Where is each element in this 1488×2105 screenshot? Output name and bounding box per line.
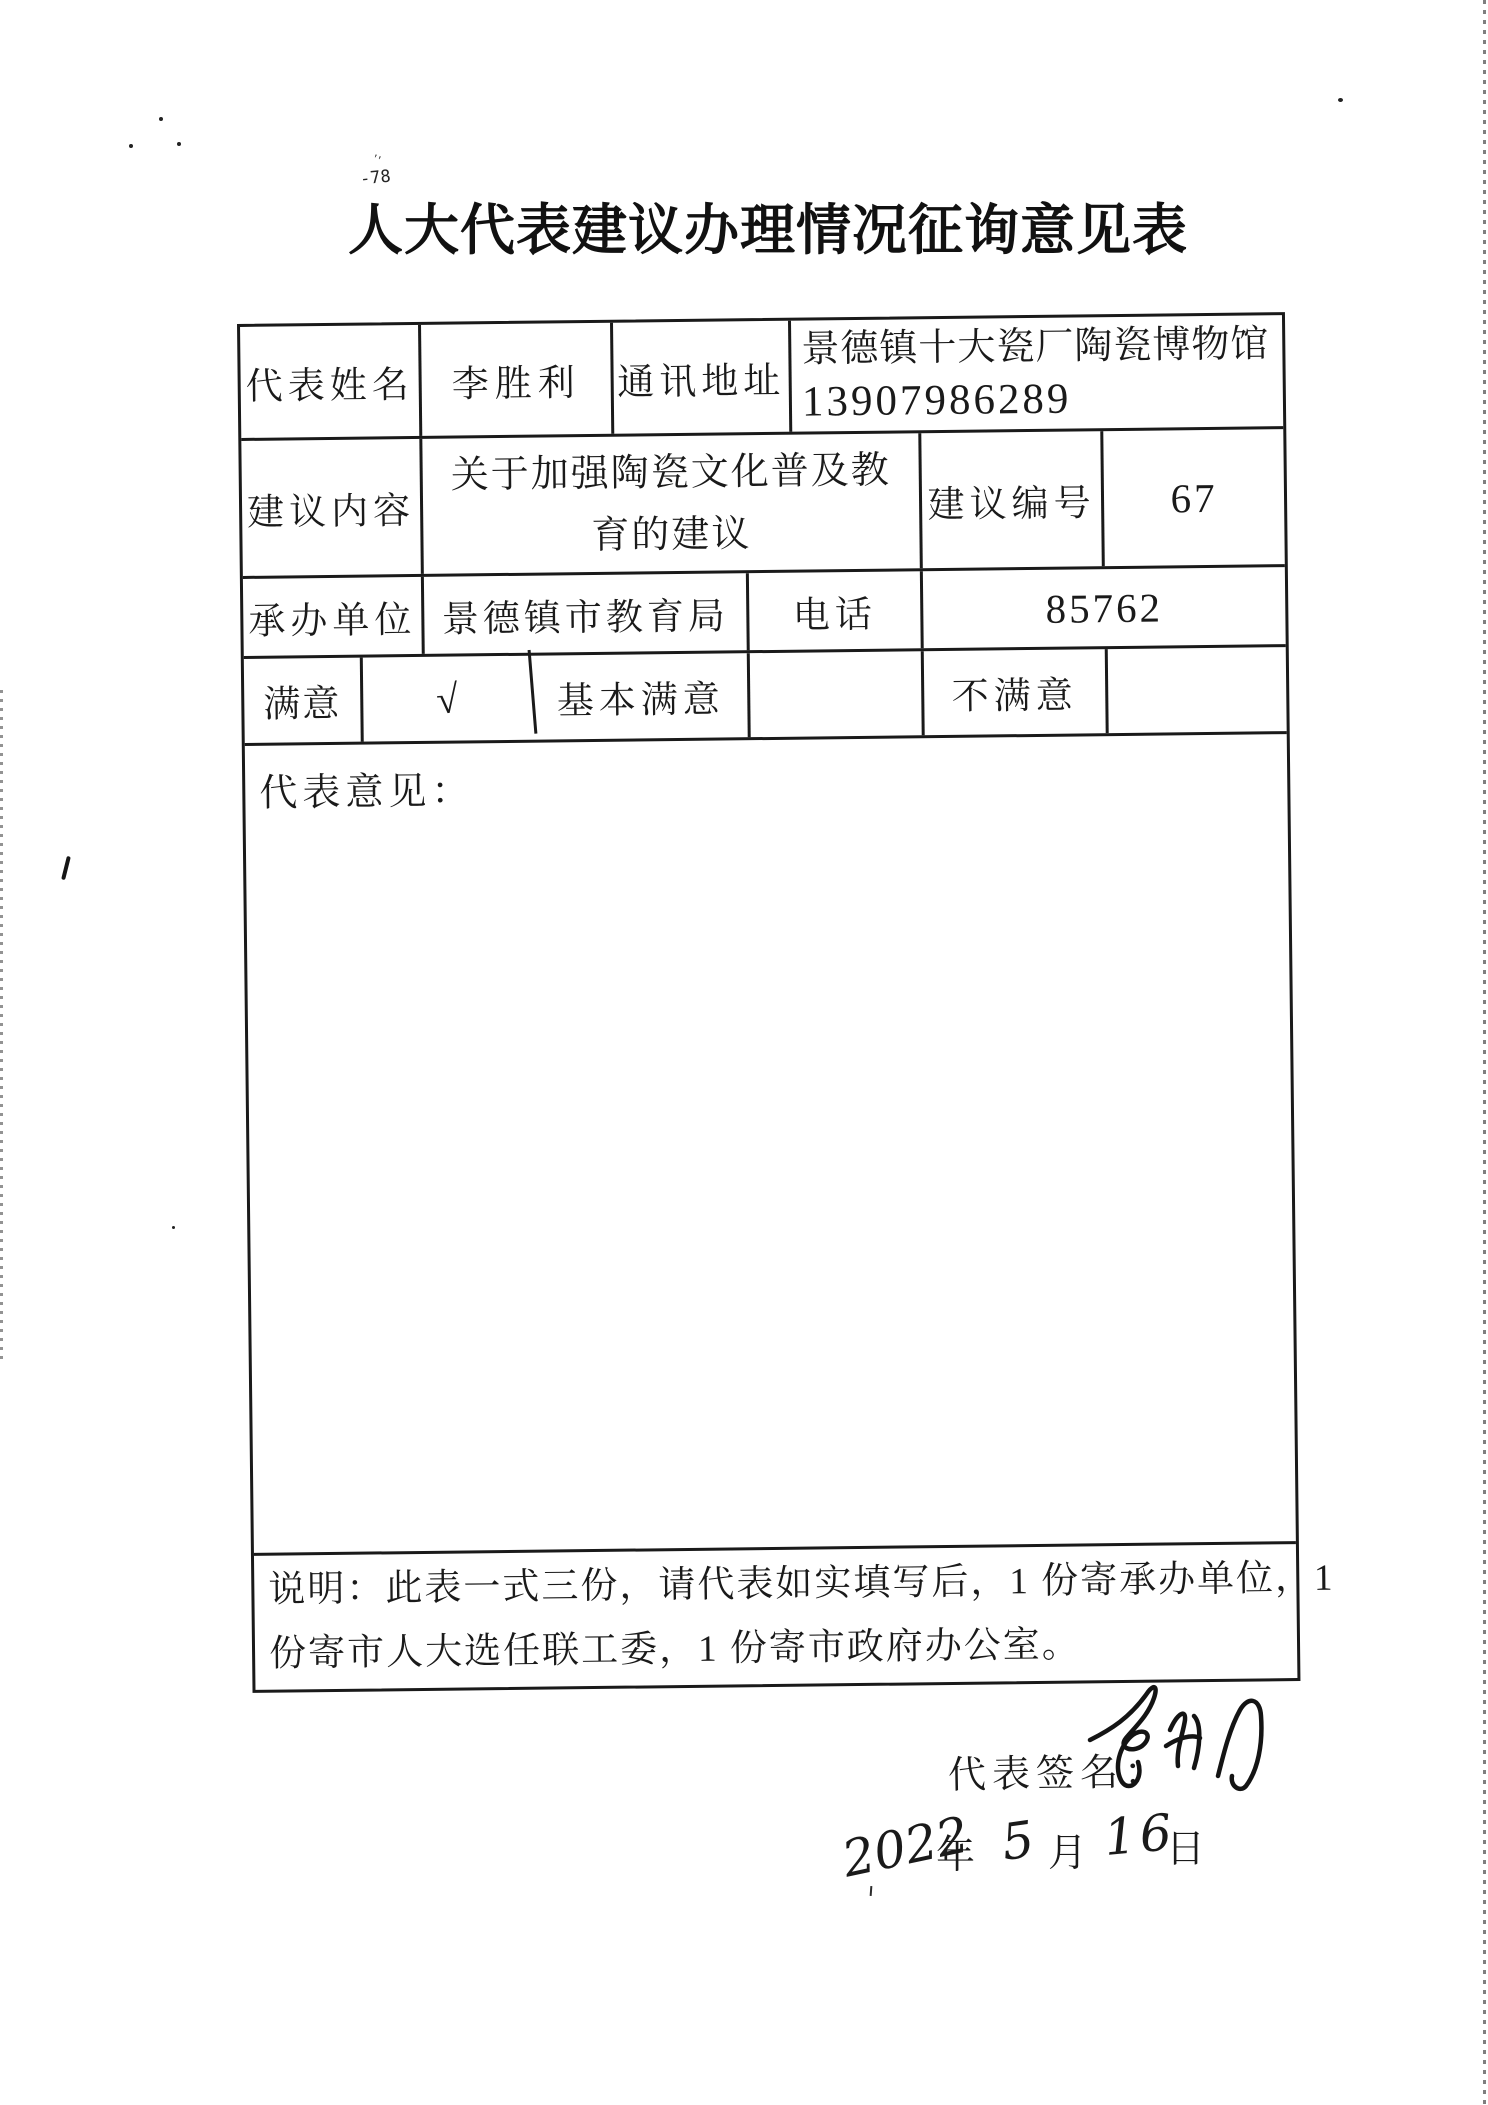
suggestion-content-label: 建议内容: [241, 439, 424, 576]
suggestion-title-line1: 关于加强陶瓷文化普及教: [450, 439, 891, 506]
handwritten-signature: [1082, 1658, 1297, 1823]
scan-edge-noise-left: [0, 690, 3, 1360]
suggestion-number-value: 67: [1103, 429, 1285, 566]
contact-address-value: 景德镇十大瓷厂陶瓷博物馆 13907986289: [791, 315, 1283, 432]
satisfied-checkmark: √: [360, 650, 537, 748]
row-satisfaction: 满意 √ 基本满意 不满意: [244, 647, 1287, 746]
suggestion-number-label: 建议编号: [921, 431, 1105, 568]
basically-satisfied-value: [750, 651, 925, 737]
phone-line: 13907986289: [802, 372, 1072, 429]
phone-value: 85762: [923, 567, 1286, 648]
scan-speck: [172, 1226, 175, 1229]
note-line2: 份寄市人大选任联工委，1 份寄市政府办公室。: [269, 1614, 1081, 1687]
date-year-unit: 年: [936, 1824, 975, 1880]
suggestion-content-value: 关于加强陶瓷文化普及教 育的建议: [422, 433, 922, 574]
basically-satisfied-label: 基本满意: [534, 653, 751, 739]
scan-stroke-mark: [61, 856, 71, 880]
scan-speck: [129, 144, 133, 148]
note-line1: 说明：此表一式三份，请代表如实填写后，1 份寄承办单位，1: [268, 1547, 1335, 1623]
address-line: 景德镇十大瓷厂陶瓷博物馆: [801, 318, 1270, 375]
row-representative: 代表姓名 李胜利 通讯地址 景德镇十大瓷厂陶瓷博物馆 13907986289: [240, 315, 1283, 441]
scan-speck: [1338, 98, 1343, 102]
handling-unit-value: 景德镇市教育局: [424, 573, 750, 654]
row-handling-unit: 承办单位 景德镇市教育局 电话 85762: [243, 567, 1286, 659]
form-title: 人大代表建议办理情况征询意见表: [348, 186, 1164, 265]
suggestion-title-line2: 育的建议: [591, 503, 752, 567]
representative-name-label: 代表姓名: [240, 325, 422, 438]
phone-label: 电话: [749, 571, 924, 650]
scanned-form-page: '' -78 人大代表建议办理情况征询意见表 代表姓名 李胜利 通讯地址 景德镇…: [0, 0, 1488, 2105]
scan-edge-noise-right: [1483, 0, 1486, 2105]
handling-unit-label: 承办单位: [243, 577, 425, 656]
unsatisfied-value: [1108, 647, 1287, 733]
unsatisfied-label: 不满意: [924, 649, 1109, 735]
satisfied-label: 满意: [244, 658, 364, 743]
date-month-unit: 月: [1048, 1822, 1087, 1878]
date-month-handwritten: 5: [998, 1810, 1038, 1872]
form-table: 代表姓名 李胜利 通讯地址 景德镇十大瓷厂陶瓷博物馆 13907986289 建…: [237, 312, 1300, 1693]
contact-address-label: 通讯地址: [613, 321, 792, 434]
representative-name-value: 李胜利: [421, 323, 614, 436]
scan-speck: [870, 1886, 873, 1896]
scan-speck: [177, 142, 181, 146]
row-opinion: 代表意见：: [245, 734, 1296, 1556]
scan-speck: [159, 117, 163, 121]
date-day-unit: 日: [1166, 1818, 1205, 1874]
row-suggestion: 建议内容 关于加强陶瓷文化普及教 育的建议 建议编号 67: [241, 429, 1284, 579]
representative-opinion-label: 代表意见：: [245, 734, 1296, 1553]
